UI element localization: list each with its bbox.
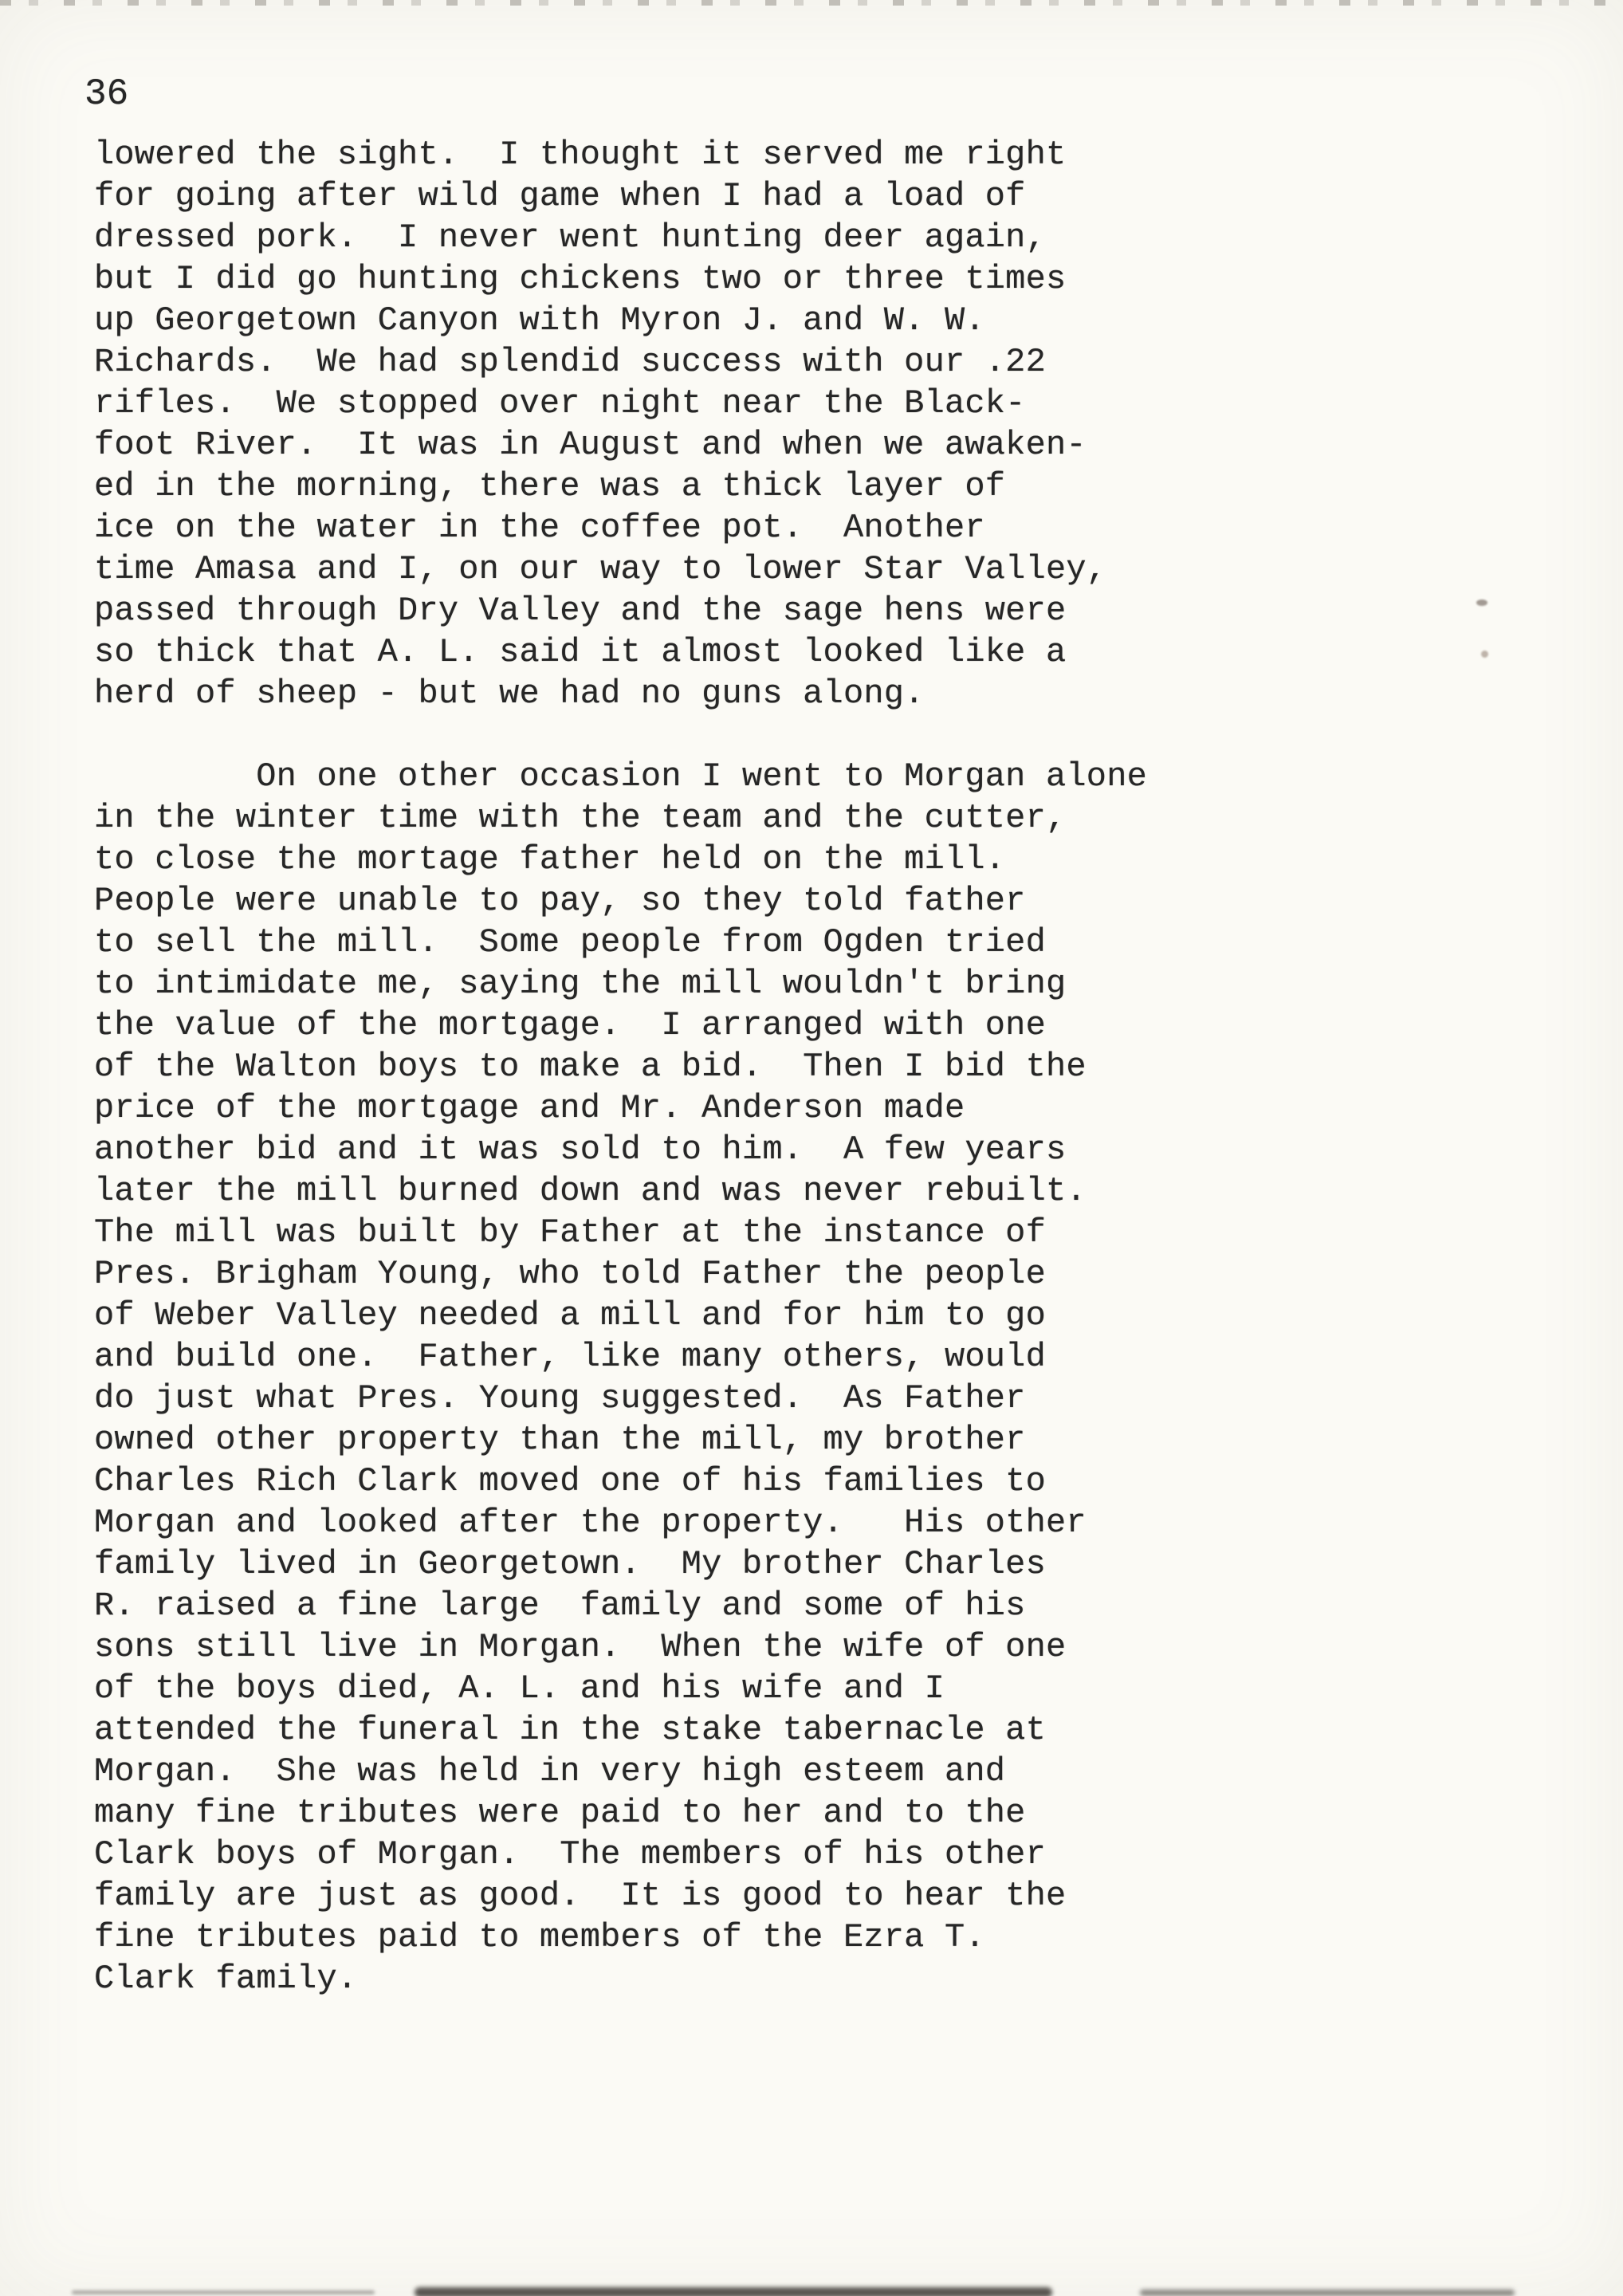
paragraph: On one other occasion I went to Morgan a… — [94, 756, 1147, 1999]
typewritten-text: lowered the sight. I thought it served m… — [94, 134, 1147, 1999]
scan-artifact-bottom-edge — [415, 2287, 1052, 2296]
scanned-page: 36 lowered the sight. I thought it serve… — [0, 0, 1623, 2296]
scan-artifact-speck — [1476, 600, 1487, 606]
scan-artifact-top-edge — [0, 0, 1623, 6]
scan-artifact-speck — [1481, 651, 1488, 658]
scan-artifact-bottom-edge — [1140, 2290, 1515, 2296]
scan-artifact-bottom-edge — [72, 2290, 375, 2294]
page-number: 36 — [84, 73, 128, 115]
paragraph: lowered the sight. I thought it served m… — [94, 134, 1147, 714]
